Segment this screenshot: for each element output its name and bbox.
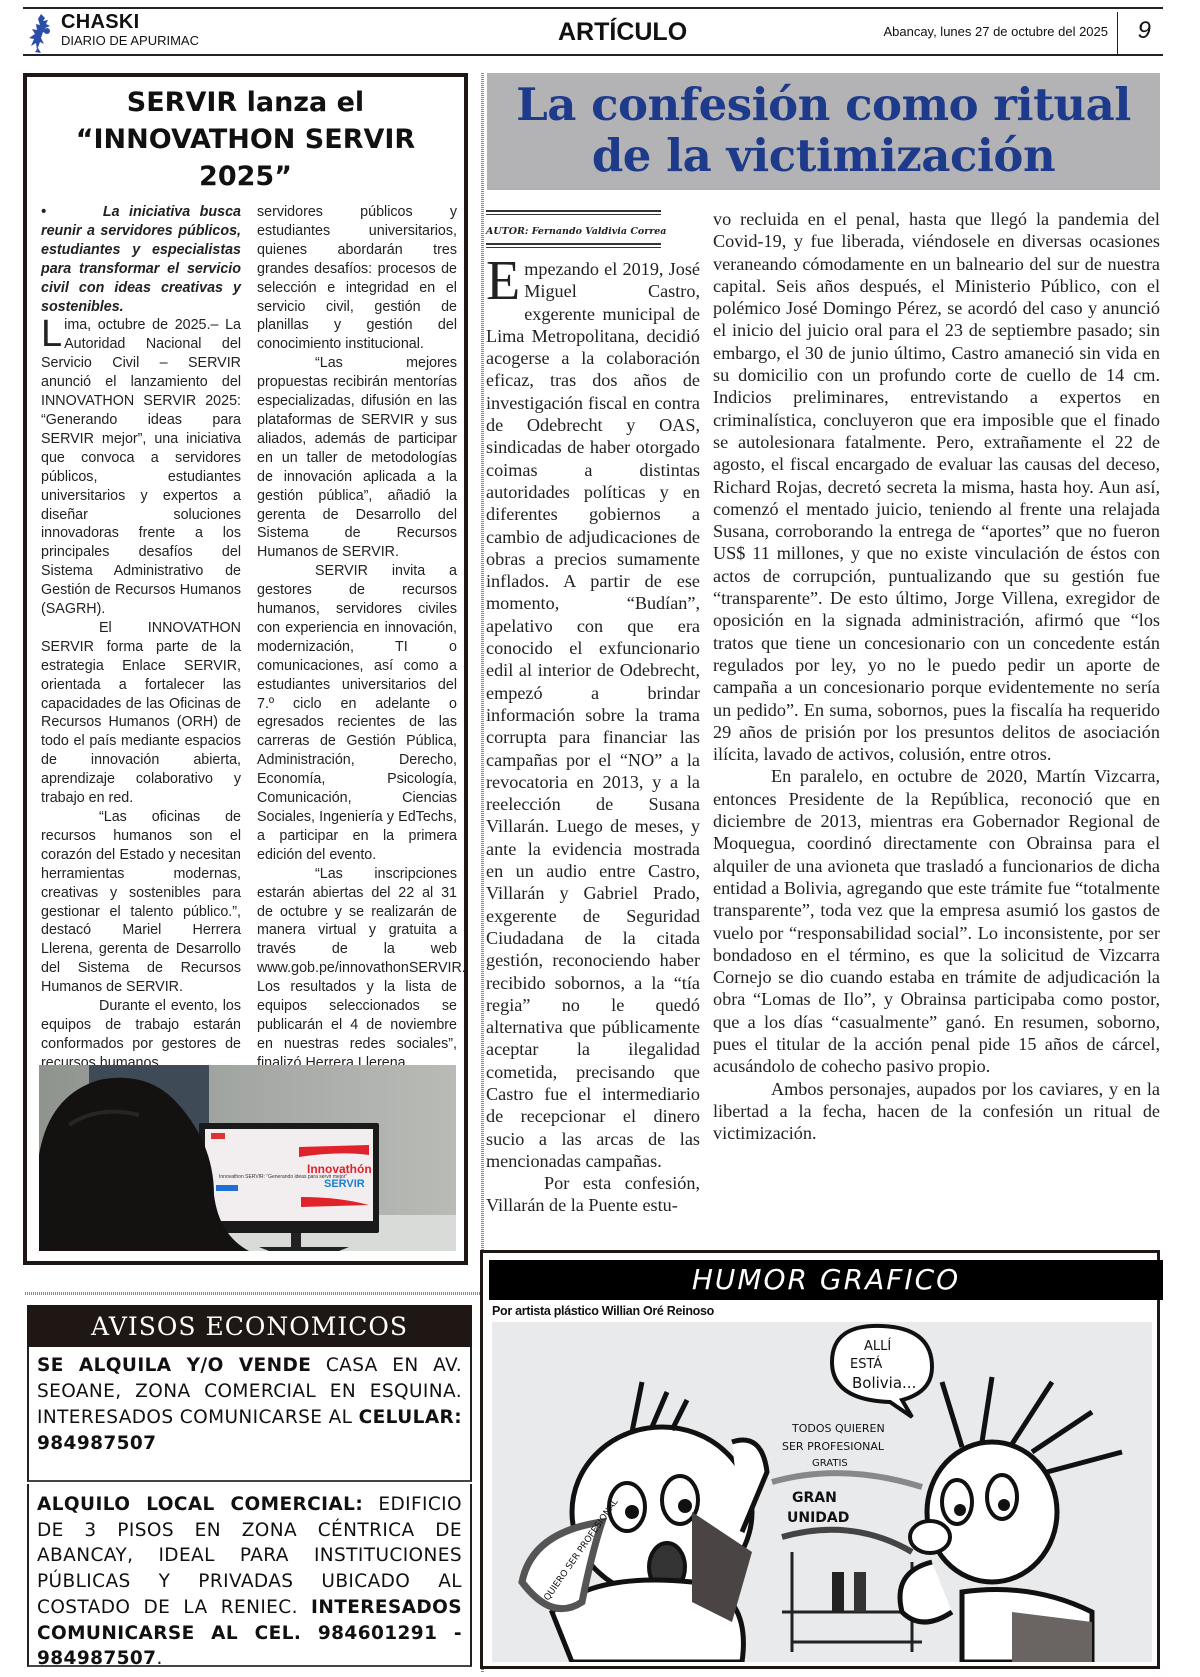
classified-ad-2: ALQUILO LOCAL COMERCIAL: EDIFICIO DE 3 P… xyxy=(27,1484,472,1667)
page-number: 9 xyxy=(1138,17,1151,45)
svg-text:ESTÁ: ESTÁ xyxy=(850,1356,882,1372)
servir-dropcap: L xyxy=(41,318,62,350)
svg-text:ALLÍ: ALLÍ xyxy=(864,1338,891,1354)
servir-column-1: • La iniciativa busca reunir a servidore… xyxy=(41,203,241,1073)
masthead: CHASKI DIARIO DE APURIMAC ARTÍCULO Abanc… xyxy=(23,7,1163,56)
servir-paragraph: Lima, octubre de 2025.– La Autoridad Nac… xyxy=(41,316,241,619)
servir-headline-line2: “INNOVATHON SERVIR xyxy=(76,124,415,155)
svg-text:SERVIR: SERVIR xyxy=(324,1178,365,1190)
ad-2-end: . xyxy=(156,1648,162,1669)
servir-lead: • La iniciativa busca reunir a servidore… xyxy=(41,203,241,316)
servir-paragraph: Durante el evento, los equipos de trabaj… xyxy=(41,997,241,1073)
ad-2-heading: ALQUILO LOCAL COMERCIAL: xyxy=(37,1494,363,1515)
brand-name: CHASKI xyxy=(61,12,139,32)
servir-headline-line3: 2025” xyxy=(199,161,292,192)
article-paragraph: Ambos personajes, aupados por los caviar… xyxy=(713,1078,1160,1145)
article-author: AUTOR: Fernando Valdivia Correa xyxy=(486,226,666,237)
svg-text:TODOS QUIEREN: TODOS QUIEREN xyxy=(791,1422,885,1435)
cartoon-drawing: ALLÍ ESTÁ Bolivia... QUIERO SER PROFESIO… xyxy=(492,1322,1152,1662)
article-paragraph: vo recluida en el penal, hasta que llegó… xyxy=(713,208,1160,765)
issue-date: Abancay, lunes 27 de octubre del 2025 xyxy=(883,24,1108,40)
article-column-1: Empezando el 2019, José Miguel Castro, e… xyxy=(486,258,700,1217)
servir-headline-line1: SERVIR lanza el xyxy=(127,87,364,118)
cartoon-image: ALLÍ ESTÁ Bolivia... QUIERO SER PROFESIO… xyxy=(492,1322,1152,1662)
servir-headline: SERVIR lanza el “INNOVATHON SERVIR 2025” xyxy=(27,84,464,195)
servir-paragraph: El INNOVATHON SERVIR forma parte de la e… xyxy=(41,619,241,808)
cartoon-credit: Por artista plástico Willian Oré Reinoso xyxy=(492,1304,714,1318)
photo-person-at-monitor: Innovathon SERVIR: “Generando ideas para… xyxy=(39,1065,456,1251)
svg-text:Bolivia...: Bolivia... xyxy=(852,1374,916,1392)
servir-article-box: SERVIR lanza el “INNOVATHON SERVIR 2025”… xyxy=(23,73,468,1265)
article-paragraph-text: mpezando el 2019, José Miguel Castro, ex… xyxy=(486,259,700,1171)
svg-text:SER PROFESIONAL: SER PROFESIONAL xyxy=(782,1440,885,1453)
classifieds-title: AVISOS ECONOMICOS xyxy=(27,1305,472,1347)
article-paragraph: Empezando el 2019, José Miguel Castro, e… xyxy=(486,258,700,1172)
servir-column-2: servidores públicos y estudiantes univer… xyxy=(257,203,457,1073)
servir-body: • La iniciativa busca reunir a servidore… xyxy=(41,203,456,1063)
svg-text:GRAN: GRAN xyxy=(792,1490,837,1506)
svg-text:UNIDAD: UNIDAD xyxy=(787,1510,849,1526)
servir-lead-text: La iniciativa busca reunir a servidores … xyxy=(41,204,241,315)
servir-paragraph: “Las inscripciones estarán abiertas del … xyxy=(257,865,457,1073)
humor-grafico-box: HUMOR GRAFICO Por artista plástico Willi… xyxy=(480,1250,1160,1669)
servir-paragraph: “Las mejores propuestas recibirán mentor… xyxy=(257,354,457,562)
servir-paragraph: SERVIR invita a gestores de recursos hum… xyxy=(257,562,457,865)
article-column-2: vo recluida en el penal, hasta que llegó… xyxy=(713,208,1160,1144)
author-rule-bottom xyxy=(486,243,661,248)
section-title: ARTÍCULO xyxy=(558,17,687,47)
svg-text:GRATIS: GRATIS xyxy=(812,1458,848,1469)
article-headline-line1: La confesión como ritual xyxy=(516,78,1131,131)
servir-paragraph: servidores públicos y estudiantes univer… xyxy=(257,203,457,354)
author-rule-top xyxy=(486,210,661,215)
article-paragraph: Por esta confesión, Villarán de la Puent… xyxy=(486,1172,700,1217)
bullet-icon: • xyxy=(41,204,46,220)
chaski-runner-logo-icon xyxy=(27,12,59,54)
humor-grafico-title: HUMOR GRAFICO xyxy=(489,1260,1163,1300)
servir-paragraph-text: ima, octubre de 2025.– La Autoridad Naci… xyxy=(41,317,241,617)
servir-photo: Innovathon SERVIR: “Generando ideas para… xyxy=(39,1065,456,1251)
section-divider xyxy=(25,1292,480,1295)
article-dropcap: E xyxy=(486,259,520,303)
brand-subtitle: DIARIO DE APURIMAC xyxy=(61,33,199,48)
ad-1-heading: SE ALQUILA Y/O VENDE xyxy=(37,1355,311,1376)
svg-text:Innovathón: Innovathón xyxy=(307,1162,372,1176)
headline-band: La confesión como ritual de la victimiza… xyxy=(487,73,1160,190)
page-number-divider xyxy=(1117,12,1118,54)
servir-paragraph: “Las oficinas de recursos humanos son el… xyxy=(41,808,241,997)
article-paragraph: En paralelo, en octubre de 2020, Martín … xyxy=(713,765,1160,1077)
article-headline-line2: de la victimización xyxy=(592,129,1055,182)
classified-ad-1: SE ALQUILA Y/O VENDE CASA EN AV. SEOANE,… xyxy=(27,1347,472,1482)
article-headline: La confesión como ritual de la victimiza… xyxy=(487,73,1160,181)
